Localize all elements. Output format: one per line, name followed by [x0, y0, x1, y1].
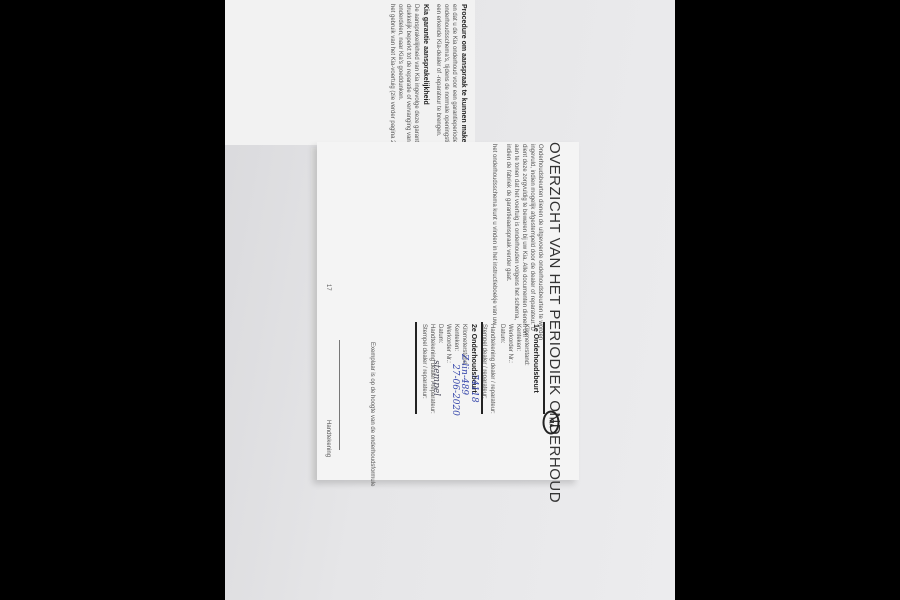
- form-1-title: 1e Onderhoudsbeurt: [532, 324, 539, 393]
- upper-text-line: drukkelijk beperkt tot de reparatie of v…: [405, 4, 411, 163]
- intro-line: dient deze zorgvuldig te bewaren bij uw …: [521, 144, 527, 337]
- form-field-label: Kenteken:: [515, 324, 521, 351]
- upper-text-line: een erkende Kia-dealer of -reparateur te…: [435, 4, 441, 136]
- page-number: 17: [325, 284, 331, 291]
- handwritten-mileage: 74118: [469, 374, 479, 403]
- signature-label: Handtekening: [325, 420, 331, 457]
- upper-text-line: onderdelen, naar Kia's goeddunken.: [397, 4, 403, 100]
- lower-page: OVERZICHT VAN HET PERIODIEK ONDERHOUD On…: [317, 142, 579, 480]
- upper-text-line: De aansprakelijkheid van Kia ingevolge d…: [413, 4, 419, 163]
- form-field-label: Handtekening dealer / reparateur:: [489, 324, 495, 414]
- intro-line: ingevuld, indien mogelijk afgestempeld d…: [529, 144, 535, 331]
- upper-text-line: het gebruik van het Kia-voertuig (zie ve…: [389, 4, 395, 149]
- form-field-label: Kenteken:: [453, 324, 459, 351]
- form-2-bottom-rule: [415, 322, 417, 414]
- form-field-label: Datum:: [499, 324, 505, 343]
- page-title: OVERZICHT VAN HET PERIODIEK ONDERHOUD: [546, 142, 563, 503]
- photo-scene: Procedure om aanspraak te kunnen maken o…: [225, 0, 675, 600]
- signature-line: [339, 340, 340, 450]
- upper-text-line: en dat u de Kia onderhoud voor een garan…: [451, 4, 457, 143]
- form-field-label: Stempel dealer / reparateur:: [421, 324, 427, 399]
- dealer-stamp: stempel: [431, 360, 441, 396]
- upper-heading-2: Kia garantie aansprakelijkheid: [422, 4, 429, 105]
- intro-line: aan te tonen dat het voertuig is onderho…: [513, 144, 519, 320]
- form-1-rule: [543, 322, 545, 414]
- form-2-rule: [481, 322, 483, 414]
- intro-line: het onderhoudsschema kunt u vinden in he…: [491, 144, 497, 324]
- footer-note: Exemplaar is op de hoogte van de onderho…: [369, 342, 375, 486]
- kia-logo: KIA: [543, 411, 560, 435]
- form-field-label: Kilometerstand:: [523, 324, 529, 366]
- upper-page: Procedure om aanspraak te kunnen maken o…: [225, 0, 475, 145]
- form-field-label: Werkorder Nr.:: [507, 324, 513, 363]
- intro-line: Onderhoudsbeurten dienen de uitgevoerde …: [537, 144, 543, 340]
- form-field-label: Datum:: [437, 324, 443, 343]
- form-field-label: Werkorder Nr.:: [445, 324, 451, 363]
- handwritten-plate: Z-lin-489: [459, 354, 469, 395]
- intro-line: indien de fabriek de garantieaanspraak v…: [505, 144, 511, 281]
- handwritten-date: 27-06-2020: [450, 364, 460, 416]
